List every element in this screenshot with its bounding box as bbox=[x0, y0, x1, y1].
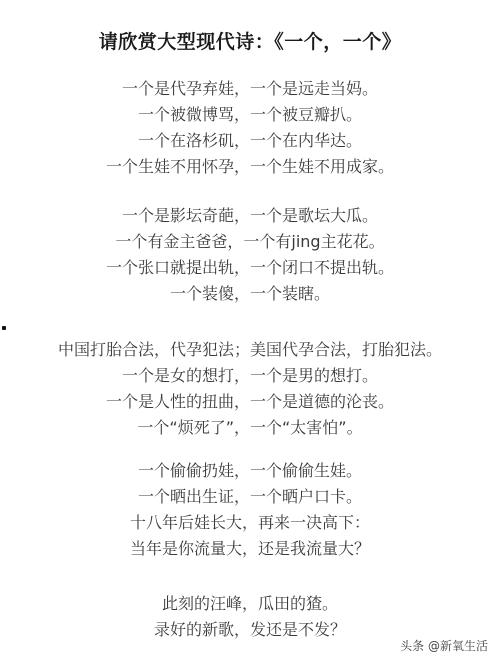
poem-line: 一个晒出生证，一个晒户口卡。 bbox=[0, 484, 500, 510]
poem-line: 此刻的汪峰，瓜田的猹。 bbox=[0, 591, 500, 617]
poem-line: 一个装傻，一个装瞎。 bbox=[0, 281, 500, 307]
poem-line: 当年是你流量大，还是我流量大？ bbox=[0, 536, 500, 562]
stanza-3: 中国打胎合法，代孕犯法；美国代孕合法，打胎犯法。 一个是女的想打，一个是男的想打… bbox=[0, 337, 500, 441]
poem-line: 一个是影坛奇葩，一个是歌坛大瓜。 bbox=[0, 203, 500, 229]
poem-line: 一个被微博骂，一个被豆瓣扒。 bbox=[0, 102, 500, 128]
poem-line: 一个生娃不用怀孕，一个生娃不用成家。 bbox=[0, 154, 500, 180]
poem-line: 一个是代孕弃娃，一个是远走当妈。 bbox=[0, 76, 500, 102]
bullet-dot bbox=[2, 326, 6, 330]
poem-line: 一个张口就提出轨，一个闭口不提出轨。 bbox=[0, 255, 500, 281]
poem-line: 一个偷偷扔娃，一个偷偷生娃。 bbox=[0, 458, 500, 484]
stanza-2: 一个是影坛奇葩，一个是歌坛大瓜。 一个有金主爸爸，一个有jing主花花。 一个张… bbox=[0, 203, 500, 307]
poem-line: 十八年后娃长大，再来一决高下： bbox=[0, 510, 500, 536]
stanza-1: 一个是代孕弃娃，一个是远走当妈。 一个被微博骂，一个被豆瓣扒。 一个在洛杉矶，一… bbox=[0, 76, 500, 180]
poem-line: 一个“烦死了”，一个“太害怕”。 bbox=[0, 415, 500, 441]
poem-line: 一个是人性的扭曲，一个是道德的沦丧。 bbox=[0, 389, 500, 415]
poem-title: 请欣赏大型现代诗：《一个，一个》 bbox=[0, 27, 500, 54]
poem-line: 中国打胎合法，代孕犯法；美国代孕合法，打胎犯法。 bbox=[0, 337, 500, 363]
stanza-4: 一个偷偷扔娃，一个偷偷生娃。 一个晒出生证，一个晒户口卡。 十八年后娃长大，再来… bbox=[0, 458, 500, 562]
poem-line: 一个有金主爸爸，一个有jing主花花。 bbox=[0, 229, 500, 255]
poem-line: 一个是女的想打，一个是男的想打。 bbox=[0, 363, 500, 389]
source-watermark: 头条 @新氧生活 bbox=[400, 637, 488, 654]
stanza-5: 此刻的汪峰，瓜田的猹。 录好的新歌，发还是不发？ bbox=[0, 591, 500, 643]
poem-line: 一个在洛杉矶，一个在内华达。 bbox=[0, 128, 500, 154]
